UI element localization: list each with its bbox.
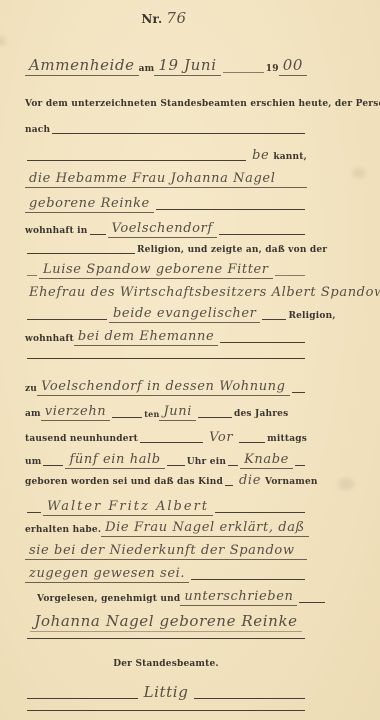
mother-name-handwritten: Luise Spandow geborene Fitter xyxy=(39,262,273,279)
child-sex-handwritten: Knabe xyxy=(240,452,293,469)
remark-line3-handwritten: zugegen gewesen sei. xyxy=(25,566,189,583)
mother-status-line: Ehefrau des Wirtschaftsbesitzers Albert … xyxy=(25,281,307,301)
nach-blank-line: nach xyxy=(25,121,307,137)
erhalten-remark-line: erhalten habe. Die Frau Nagel erklärt, d… xyxy=(25,517,307,537)
des-jahres-label: des Jahres xyxy=(234,409,288,421)
mother-religion-label: Religion, xyxy=(288,311,335,323)
bekannt-line: be kannt, xyxy=(25,146,307,164)
vorgelesen-label: Vorgelesen, genehmigt und xyxy=(37,594,180,606)
declarant-signature: Johanna Nagel geborene Reinke xyxy=(30,612,301,632)
registrar-title: Der Standesbeamte. xyxy=(113,659,219,671)
am-label2: am xyxy=(25,409,41,421)
child-names-line: Walter Fritz Albert xyxy=(25,494,307,516)
paper-smudge xyxy=(0,36,6,46)
remark-line2-handwritten: sie bei der Niederkunft der Spandow xyxy=(25,543,307,560)
declarant-signature-line: Johanna Nagel geborene Reinke xyxy=(25,606,307,632)
mittags-label: mittags xyxy=(267,434,307,446)
date-day-month-handwritten: 19 Juni xyxy=(154,56,220,76)
birth-place-handwritten: Voelschendorf in dessen Wohnung xyxy=(37,379,290,396)
closing-rule xyxy=(25,632,307,642)
registrar-title-line: Der Standesbeamte. xyxy=(25,655,307,671)
place-handwritten: Ammenheide xyxy=(25,56,139,76)
declarant-born-handwritten: geborene Reinke xyxy=(25,196,154,213)
place-date-line: Ammenheide am 19 Juni 19 00 xyxy=(25,50,307,76)
wohnhaft-in-label: wohnhaft in xyxy=(25,226,88,238)
intro-line: Vor dem unterzeichneten Standesbeamten e… xyxy=(25,95,307,111)
erhalten-label: erhalten habe. xyxy=(25,525,101,537)
birth-day-handwritten: vierzehn xyxy=(41,404,111,421)
ten-label: ten xyxy=(144,409,159,421)
intro-text: Vor dem unterzeichneten Standesbeamten e… xyxy=(25,99,380,111)
geboren-clause-line: geboren worden sei und daß das Kind die … xyxy=(25,471,307,489)
zu-label: zu xyxy=(25,384,37,396)
record-number-label: Nr. xyxy=(141,12,162,28)
vornamen-label: Vornamen xyxy=(265,477,318,489)
birth-time-handwritten: fünf ein halb xyxy=(65,452,164,469)
document-page: Nr. 76 Ammenheide am 19 Juni 19 00 Vor d… xyxy=(0,0,380,720)
birth-place-line: zu Voelschendorf in dessen Wohnung xyxy=(25,374,307,396)
wohnhaft-label: wohnhaft xyxy=(25,334,74,346)
mother-residence-handwritten: bei dem Ehemanne xyxy=(74,329,218,346)
mother-residence-line: wohnhaft bei dem Ehemanne xyxy=(25,326,307,346)
be-handwritten: be xyxy=(248,148,273,164)
remark-line2: sie bei der Niederkunft der Spandow xyxy=(25,540,307,560)
mother-religion-line: beide evangelischer Religion, xyxy=(25,303,307,323)
remark-line1-handwritten: Die Frau Nagel erklärt, daß xyxy=(101,520,309,537)
registrar-signature: Littig xyxy=(140,683,193,702)
am-label: am xyxy=(139,64,155,76)
die-handwritten: die xyxy=(235,473,265,489)
child-names-handwritten: Walter Fritz Albert xyxy=(43,499,213,516)
religion-clause-label: Religion, und zeigte an, daß von der xyxy=(137,245,327,257)
geboren-clause-label: geboren worden sei und daß das Kind xyxy=(25,477,223,489)
declarant-residence-handwritten: Voelschendorf xyxy=(108,221,217,238)
nach-label: nach xyxy=(25,125,50,137)
um-label: um xyxy=(25,457,41,469)
registrar-signature-line: Littig xyxy=(25,678,307,702)
kannt-label: kannt, xyxy=(273,152,307,164)
uhr-ein-label: Uhr ein xyxy=(187,457,226,469)
mother-religion-handwritten: beide evangelischer xyxy=(109,306,260,323)
record-number-value: 76 xyxy=(162,9,190,28)
birth-year-line: tausend neunhundert Vor mittags xyxy=(25,424,307,446)
birth-day-line: am vierzehn ten Juni des Jahres xyxy=(25,399,307,421)
mother-name-line: Luise Spandow geborene Fitter xyxy=(25,259,307,279)
birth-time-line: um fünf ein halb Uhr ein Knabe xyxy=(25,447,307,469)
year-handwritten: 00 xyxy=(279,56,307,76)
declarant-residence-line: wohnhaft in Voelschendorf xyxy=(25,218,307,238)
unterschrieben-handwritten: unterschrieben xyxy=(180,589,297,606)
vorgelesen-line: Vorgelesen, genehmigt und unterschrieben xyxy=(25,586,307,606)
paper-smudge xyxy=(338,478,354,490)
year-printed: 19 xyxy=(266,64,279,76)
declarant-born-line: geborene Reinke xyxy=(25,193,307,213)
remark-line3: zugegen gewesen sei. xyxy=(25,563,307,583)
record-number-line: Nr. 76 xyxy=(25,6,307,28)
mother-status-handwritten: Ehefrau des Wirtschaftsbesitzers Albert … xyxy=(25,285,380,301)
separator-rule xyxy=(25,350,307,362)
religion-clause-line: Religion, und zeigte an, daß von der xyxy=(25,241,307,257)
declarant-name-line: die Hebamme Frau Johanna Nagel xyxy=(25,168,307,188)
paper-smudge xyxy=(352,168,366,178)
vor-handwritten: Vor xyxy=(205,430,237,446)
tausend-label: tausend neunhundert xyxy=(25,434,138,446)
declarant-name-handwritten: die Hebamme Frau Johanna Nagel xyxy=(25,171,307,188)
final-rule xyxy=(25,704,307,714)
birth-month-handwritten: Juni xyxy=(159,404,196,421)
